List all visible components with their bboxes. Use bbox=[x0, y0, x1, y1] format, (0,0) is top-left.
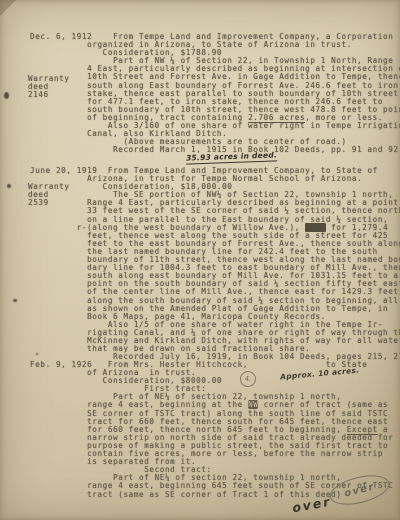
paper-speck bbox=[36, 353, 38, 355]
typed-line: 2539 bbox=[28, 199, 70, 207]
typed-line: 2146 bbox=[28, 91, 70, 99]
paper-speck bbox=[4, 92, 9, 99]
margin-label-warranty-deed-2539: Warrantydeed2539 bbox=[28, 183, 70, 207]
deed-entry-1919: June 20, 1919 From Tempe Land and Improv… bbox=[30, 167, 400, 361]
paper-speck bbox=[7, 184, 11, 188]
handwritten-acres-note: 35.93 acres in deed. bbox=[186, 150, 277, 164]
deed-entry-1912: Dec. 6, 1912 From Tempe Land and Improve… bbox=[30, 33, 400, 154]
paper-speck bbox=[13, 299, 17, 302]
margin-label-warranty-deed-2146: Warrantydeed2146 bbox=[28, 75, 70, 99]
page-corner-shade bbox=[0, 0, 16, 16]
deed-entry-1926: Feb. 9, 1926 From Mrs. Hester Hitchcock,… bbox=[30, 361, 393, 499]
scanned-deed-page: Dec. 6, 1912 From Tempe Land and Improve… bbox=[0, 0, 400, 520]
